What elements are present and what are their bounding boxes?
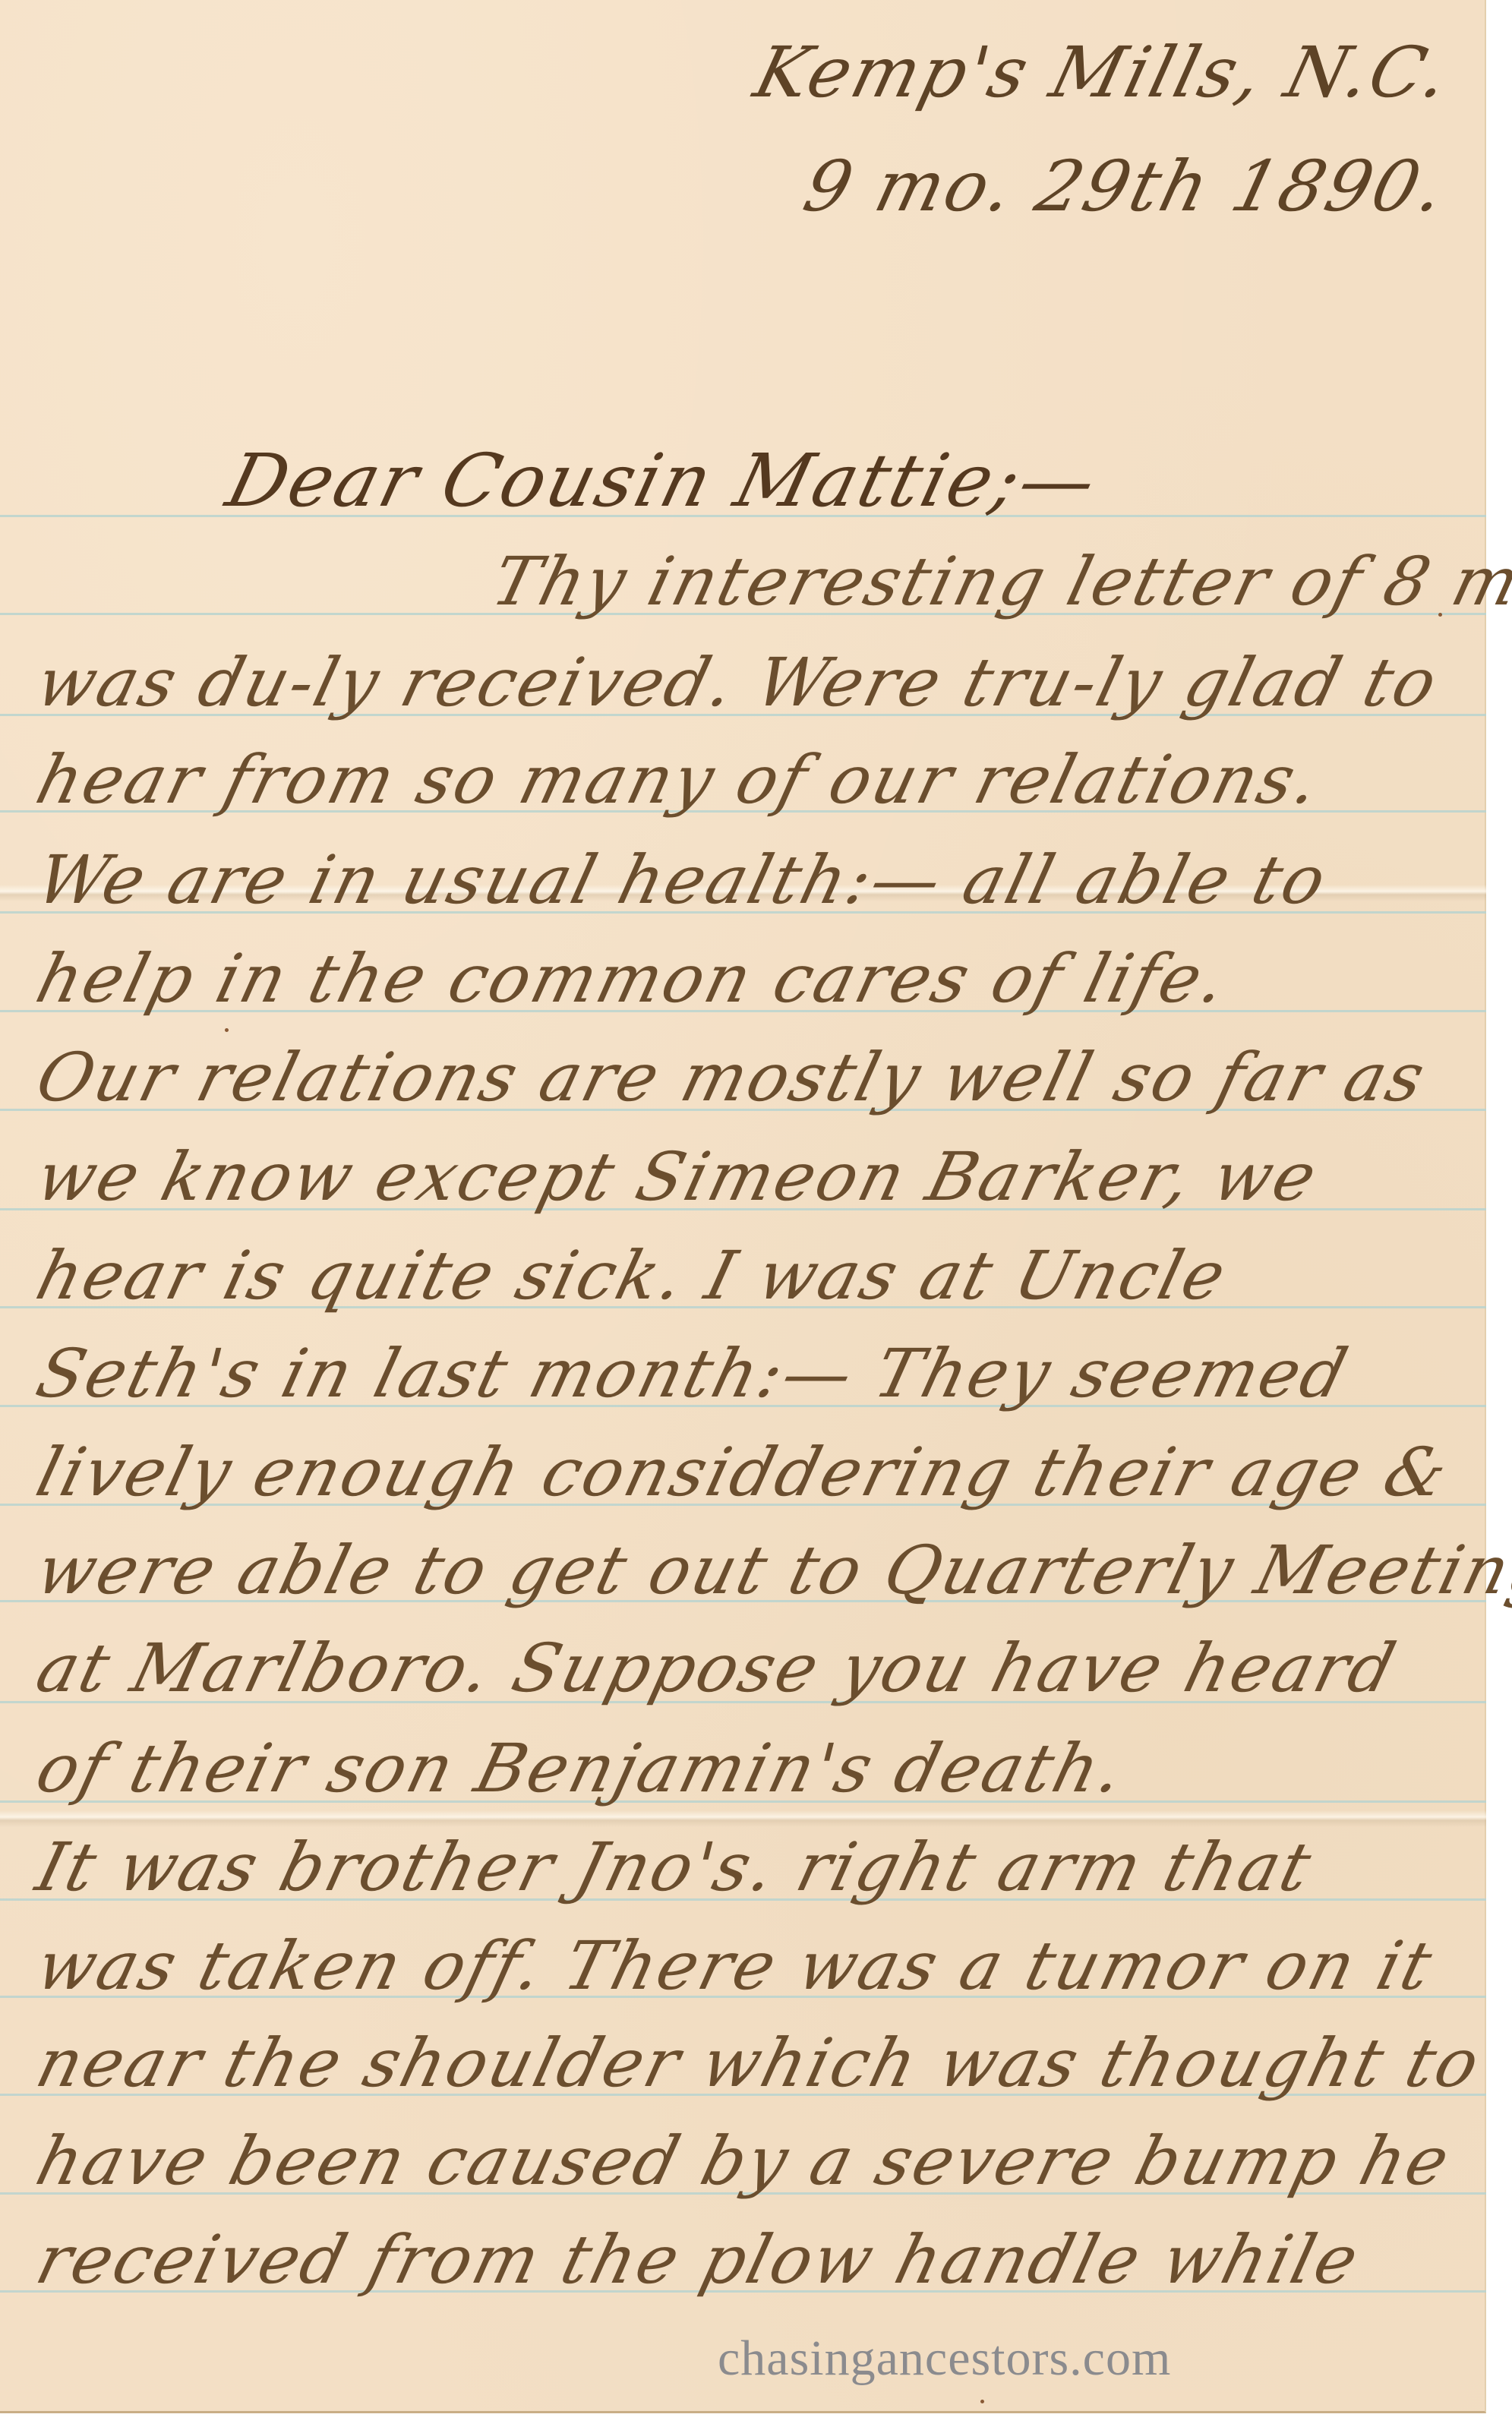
site-watermark: chasingancestors.com xyxy=(718,2330,1171,2387)
ink-speck xyxy=(225,1028,229,1032)
body-line: we know except Simeon Barker, we xyxy=(30,1144,1324,1210)
body-line: help in the common cares of life. xyxy=(30,945,1234,1012)
body-line: hear is quite sick. I was at Uncle xyxy=(30,1242,1234,1309)
letter-place: Kemp's Mills, N.C. xyxy=(748,38,1457,108)
body-line: at Marlboro. Suppose you have heard xyxy=(30,1635,1403,1702)
ink-speck xyxy=(980,2400,984,2403)
body-line: near the shoulder which was thought to xyxy=(30,2030,1488,2097)
body-line: Seth's in last month:— They seemed xyxy=(30,1340,1356,1407)
body-line: have been caused by a severe bump he xyxy=(30,2128,1457,2195)
body-line: was du-ly received. Were tru-ly glad to xyxy=(30,649,1445,716)
body-line: We are in usual health:— all able to xyxy=(30,847,1334,914)
body-line: hear from so many of our relations. xyxy=(30,746,1327,813)
body-line: lively enough considdering their age & xyxy=(30,1439,1456,1506)
body-line: received from the plow handle while xyxy=(30,2226,1366,2293)
body-line: of their son Benjamin's death. xyxy=(30,1735,1132,1802)
body-line: Thy interesting letter of 8 mo. xyxy=(486,548,1512,615)
body-line: was taken off. There was a tumor on it xyxy=(30,1933,1440,1999)
paper-fold xyxy=(0,1810,1486,1827)
body-line: It was brother Jno's. right arm that xyxy=(30,1834,1319,1901)
salutation: Dear Cousin Mattie;— xyxy=(220,444,1105,517)
body-line: Our relations are mostly well so far as xyxy=(30,1044,1433,1111)
letter-date: 9 mo. 29th 1890. xyxy=(797,152,1454,222)
letter-page: Kemp's Mills, N.C. 9 mo. 29th 1890. Dear… xyxy=(0,0,1486,2413)
body-line: were able to get out to Quarterly Meetin… xyxy=(30,1537,1512,1604)
